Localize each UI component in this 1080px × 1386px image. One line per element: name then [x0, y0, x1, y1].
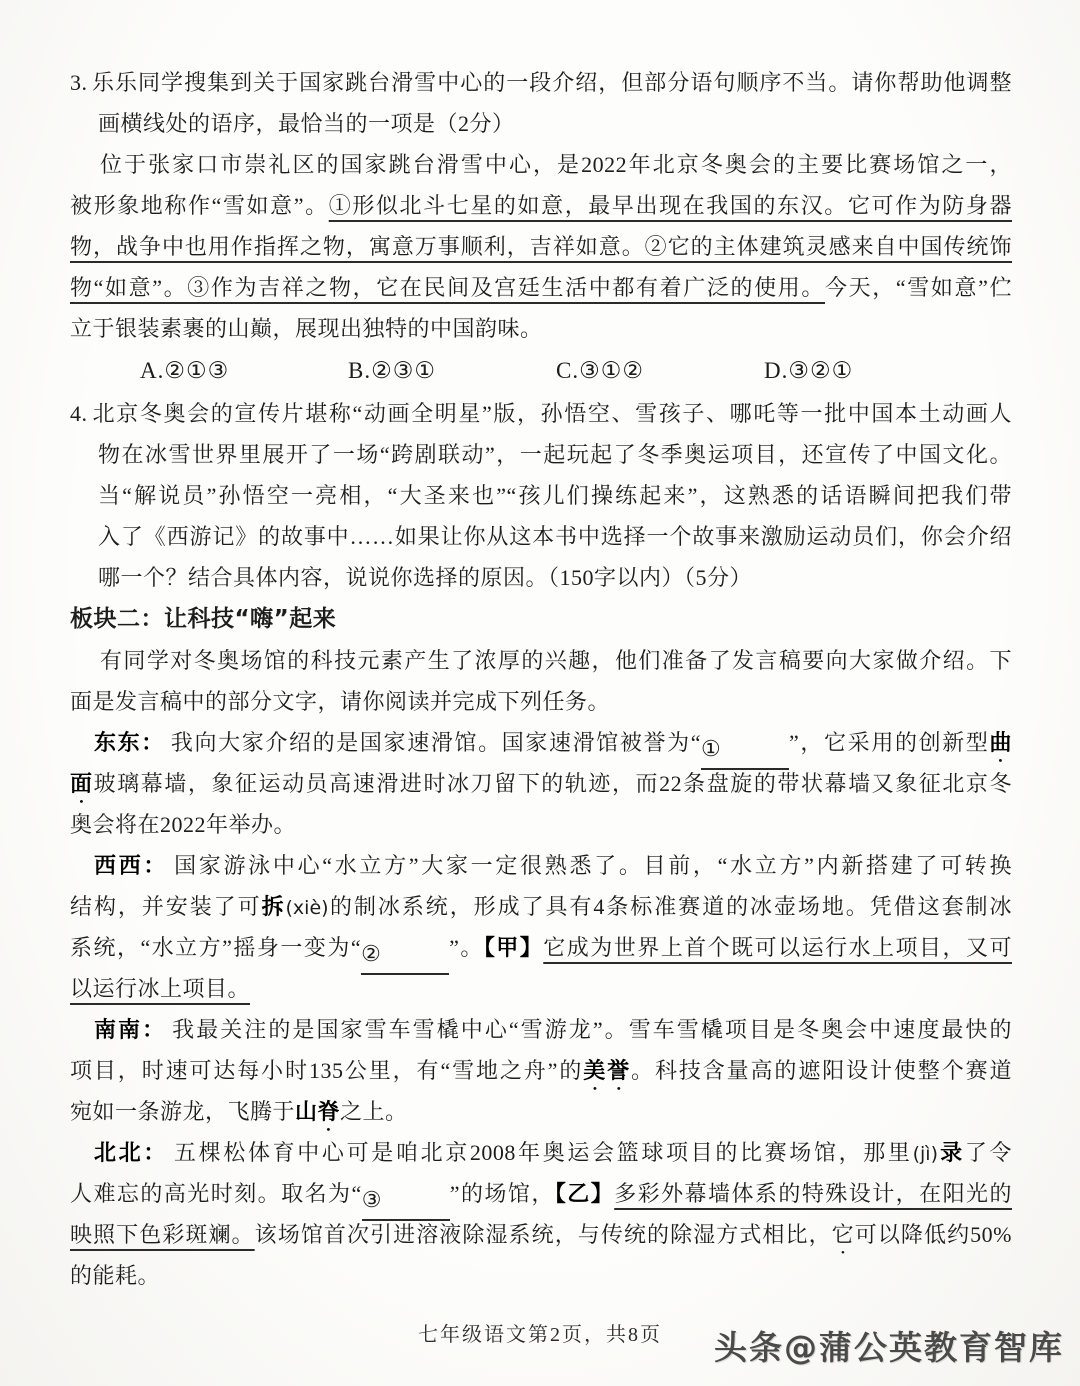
- beibei-line-2: 人难忘的高光时刻。取名为“③”的场馆，【乙】多彩外幕墙体系的特殊设计，在阳光的: [70, 1173, 1012, 1214]
- page-content: 3.乐乐同学搜集到关于国家跳台滑雪中心的一段介绍，但部分语句顺序不当。请你帮助他…: [70, 62, 1012, 1296]
- q4-stem-line-5: 哪一个？结合具体内容，说说你选择的原因。（150字以内）（5分）: [70, 557, 1012, 598]
- speech-text: 国家游泳中心“水立方”大家一定很熟悉了。目前，“水立方”内新搭建了可转换: [174, 853, 1012, 878]
- q4-stem-line-2: 物在冰雪世界里展开了一场“跨剧联动”，一起玩起了冬季奥运项目，还宣传了中国文化。: [70, 434, 1012, 475]
- passage-text: 位于张家口市崇礼区的国家跳台滑雪中心，是2022年北京冬奥会的主要比赛场馆之一，: [100, 152, 1012, 177]
- q3-passage-line-4: 物“如意”。③作为吉祥之物，它在民间及宫廷生活中都有着广泛的使用。今天，“雪如意…: [70, 267, 1012, 308]
- nannan-line-2: 项目，时速可达每小时135公里，有“雪地之舟”的美誉。科技含量高的遮阳设计使整个…: [70, 1050, 1012, 1091]
- speech-text: ”，它采用的创新型: [789, 730, 989, 755]
- speech-text: 宛如一条游龙，飞腾于: [70, 1099, 295, 1124]
- q3-stem-line-2: 画横线处的语序，最恰当的一项是（2分）: [70, 103, 1012, 144]
- speech-text: 玻璃幕墙，象征运动员高速滑进时冰刀留下的轨迹，而22条盘旋的带状幕墙又象征北京冬: [94, 771, 1012, 796]
- passage-text: 被形象地称作“雪如意”。: [70, 193, 329, 218]
- q3-stem-text-2: 画横线处的语序，最恰当的一项是（2分）: [98, 111, 515, 136]
- nannan-line-1: 南南：我最关注的是国家雪车雪橇中心“雪游龙”。雪车雪橇项目是冬奥会中速度最快的: [70, 1009, 1012, 1050]
- emphasized-char-ji: 脊: [318, 1099, 341, 1124]
- option-d: D.③②①: [764, 349, 972, 393]
- speaker-beibei: 北北：: [94, 1140, 174, 1165]
- passage-text: 今天，“雪如意”伫: [825, 275, 1012, 300]
- underlined-sentence-3: 物“如意”。③作为吉祥之物，它在民间及宫廷生活中都有着广泛的使用。: [70, 275, 825, 300]
- q3-number: 3.: [70, 70, 92, 95]
- q3-passage-line-5: 立于银装素裹的山巅，展现出独特的中国韵味。: [70, 308, 1012, 349]
- speech-text: 我最关注的是国家雪车雪橇中心“雪游龙”。雪车雪橇项目是冬奥会中速度最快的: [172, 1017, 1012, 1042]
- beibei-line-3: 映照下色彩斑斓。该场馆首次引进溶液除湿系统，与传统的除湿方式相比，它可以降低约5…: [70, 1214, 1012, 1255]
- q4-stem-line-4: 入了《西游记》的故事中……如果让你从这本书中选择一个故事来激励运动员们，你会介绍: [70, 516, 1012, 557]
- q4-number: 4.: [70, 401, 92, 426]
- q3-passage-line-1: 位于张家口市崇礼区的国家跳台滑雪中心，是2022年北京冬奥会的主要比赛场馆之一，: [70, 144, 1012, 185]
- underlined-sentence-yi: 多彩外幕墙体系的特殊设计，在阳光的: [614, 1181, 1012, 1206]
- emphasized-char: 曲: [989, 730, 1012, 755]
- speech-text: 我向大家介绍的是国家速滑馆。国家速滑馆被誉为“: [171, 730, 701, 755]
- section-2-intro-line-2: 面是发言稿中的部分文字，请你阅读并完成下列任务。: [70, 681, 1012, 722]
- speech-text: 五棵松体育中心可是咱北京2008年奥运会篮球项目的比赛场馆，那里: [174, 1140, 913, 1165]
- speaker-nannan: 南南：: [94, 1017, 172, 1042]
- speech-text: 了令: [965, 1140, 1012, 1165]
- emphasized-char: 拆: [262, 894, 286, 919]
- underlined-sentence-2: 物，战争中也用作指挥之物，寓意万事顺利，吉祥如意。②它的主体建筑灵感来自中国传统…: [70, 234, 1012, 259]
- q4-text: 北京冬奥会的宣传片堪称“动画全明星”版，孙悟空、雪孩子、哪吒等一批中国本土动画人: [92, 401, 1013, 426]
- speech-text: 。科技含量高的遮阳设计使整个赛道: [631, 1058, 1012, 1083]
- bracket-yi: 【乙】: [555, 1181, 614, 1206]
- speech-text: 的制冰系统，形成了具有4条标准赛道的冰壶场地。凭借这套制冰: [329, 894, 1012, 919]
- speech-text: 系统，“水立方”摇身一变为“: [70, 935, 361, 960]
- exam-paper-page: 3.乐乐同学搜集到关于国家跳台滑雪中心的一段介绍，但部分语句顺序不当。请你帮助他…: [0, 0, 1080, 1386]
- intro-text: 有同学对冬奥场馆的科技元素产生了浓厚的兴趣，他们准备了发言稿要向大家做介绍。下: [100, 648, 1012, 673]
- xixi-line-3: 系统，“水立方”摇身一变为“②”。【甲】它成为世界上首个既可以运行水上项目，又可: [70, 927, 1012, 968]
- emphasized-char-lu: 录: [938, 1140, 965, 1165]
- xixi-line-1: 西西：国家游泳中心“水立方”大家一定很熟悉了。目前，“水立方”内新搭建了可转换: [70, 845, 1012, 886]
- dongdong-line-3: 奥会将在2022年举办。: [70, 804, 1012, 845]
- q4-text: 入了《西游记》的故事中……如果让你从这本书中选择一个故事来激励运动员们，你会介绍: [98, 524, 1012, 549]
- speech-text: 可以降低约50%: [855, 1222, 1012, 1247]
- passage-text: 立于银装素裹的山巅，展现出独特的中国韵味。: [70, 316, 543, 341]
- q4-text: 物在冰雪世界里展开了一场“跨剧联动”，一起玩起了冬季奥运项目，还宣传了中国文化。: [98, 442, 1012, 467]
- emphasized-char-ta: 它: [832, 1222, 855, 1247]
- emphasized-char: 面: [70, 771, 94, 796]
- q3-stem-line-1: 3.乐乐同学搜集到关于国家跳台滑雪中心的一段介绍，但部分语句顺序不当。请你帮助他…: [70, 62, 1012, 103]
- option-a: A.②①③: [140, 349, 348, 393]
- xixi-line-4: 以运行冰上项目。: [70, 968, 1012, 1009]
- speech-text: 人难忘的高光时刻。取名为“: [70, 1181, 362, 1206]
- q3-options-row: A.②①③ B.②③① C.③①② D.③②①: [70, 349, 1012, 393]
- pinyin-xie: (xiè): [286, 897, 329, 919]
- dongdong-line-1: 东东：我向大家介绍的是国家速滑馆。国家速滑馆被誉为“①”，它采用的创新型曲: [70, 722, 1012, 763]
- speech-text: 项目，时速可达每小时135公里，有“雪地之舟”的: [70, 1058, 583, 1083]
- bracket-jia: 【甲】: [484, 935, 543, 960]
- answer-blank-2: ②: [361, 939, 449, 975]
- q3-passage-line-2: 被形象地称作“雪如意”。①形似北斗七星的如意，最早出现在我国的东汉。它可作为防身…: [70, 185, 1012, 226]
- watermark-toutiao: 头条@蒲公英教育智库: [714, 1322, 1064, 1369]
- q3-stem-text-1: 乐乐同学搜集到关于国家跳台滑雪中心的一段介绍，但部分语句顺序不当。请你帮助他调整: [92, 70, 1013, 95]
- section-2-intro-line-1: 有同学对冬奥场馆的科技元素产生了浓厚的兴趣，他们准备了发言稿要向大家做介绍。下: [70, 640, 1012, 681]
- beibei-line-1: 北北：五棵松体育中心可是咱北京2008年奥运会篮球项目的比赛场馆，那里(jì)录…: [70, 1132, 1012, 1173]
- section-2-heading: 板块二：让科技“嗨”起来: [70, 598, 1012, 640]
- speaker-xixi: 西西：: [94, 853, 174, 878]
- emphasized-word-meiyu: 美誉: [583, 1058, 631, 1083]
- speaker-dongdong: 东东：: [94, 730, 171, 755]
- speech-text: 奥会将在2022年举办。: [70, 812, 296, 837]
- underlined-sentence-yi-cont: 映照下色彩斑斓。: [70, 1222, 255, 1247]
- speech-text: 结构，并安装了可: [70, 894, 262, 919]
- q3-passage-line-3: 物，战争中也用作指挥之物，寓意万事顺利，吉祥如意。②它的主体建筑灵感来自中国传统…: [70, 226, 1012, 267]
- nannan-line-3: 宛如一条游龙，飞腾于山脊之上。: [70, 1091, 1012, 1132]
- q4-text: 哪一个？结合具体内容，说说你选择的原因。（150字以内）（5分）: [98, 565, 752, 590]
- intro-text: 面是发言稿中的部分文字，请你阅读并完成下列任务。: [70, 689, 610, 714]
- speech-text: 之上。: [340, 1099, 408, 1124]
- q4-stem-line-1: 4.北京冬奥会的宣传片堪称“动画全明星”版，孙悟空、雪孩子、哪吒等一批中国本土动…: [70, 393, 1012, 434]
- pinyin-ji: (jì): [913, 1143, 938, 1165]
- beibei-line-4: 的能耗。: [70, 1255, 1012, 1296]
- q4-stem-line-3: 当“解说员”孙悟空一亮相，“大圣来也”“孩儿们操练起来”，这熟悉的话语瞬间把我们…: [70, 475, 1012, 516]
- speech-text: ”。: [449, 935, 484, 960]
- emphasized-char: 山: [295, 1099, 318, 1124]
- q4-text: 当“解说员”孙悟空一亮相，“大圣来也”“孩儿们操练起来”，这熟悉的话语瞬间把我们…: [98, 483, 1012, 508]
- speech-text: ”的场馆，: [450, 1181, 555, 1206]
- underlined-sentence-1: ①形似北斗七星的如意，最早出现在我国的东汉。它可作为防身器: [329, 193, 1012, 218]
- xixi-line-2: 结构，并安装了可拆(xiè)的制冰系统，形成了具有4条标准赛道的冰壶场地。凭借这…: [70, 886, 1012, 927]
- dongdong-line-2: 面玻璃幕墙，象征运动员高速滑进时冰刀留下的轨迹，而22条盘旋的带状幕墙又象征北京…: [70, 763, 1012, 804]
- speech-text: 的能耗。: [70, 1263, 160, 1288]
- speech-text: 该场馆首次引进溶液除湿系统，与传统的除湿方式相比，: [255, 1222, 832, 1247]
- underlined-sentence-jia: 它成为世界上首个既可以运行水上项目，又可: [543, 935, 1012, 960]
- underlined-sentence-jia-cont: 以运行冰上项目。: [70, 976, 250, 1001]
- option-c: C.③①②: [556, 349, 764, 393]
- option-b: B.②③①: [348, 349, 556, 393]
